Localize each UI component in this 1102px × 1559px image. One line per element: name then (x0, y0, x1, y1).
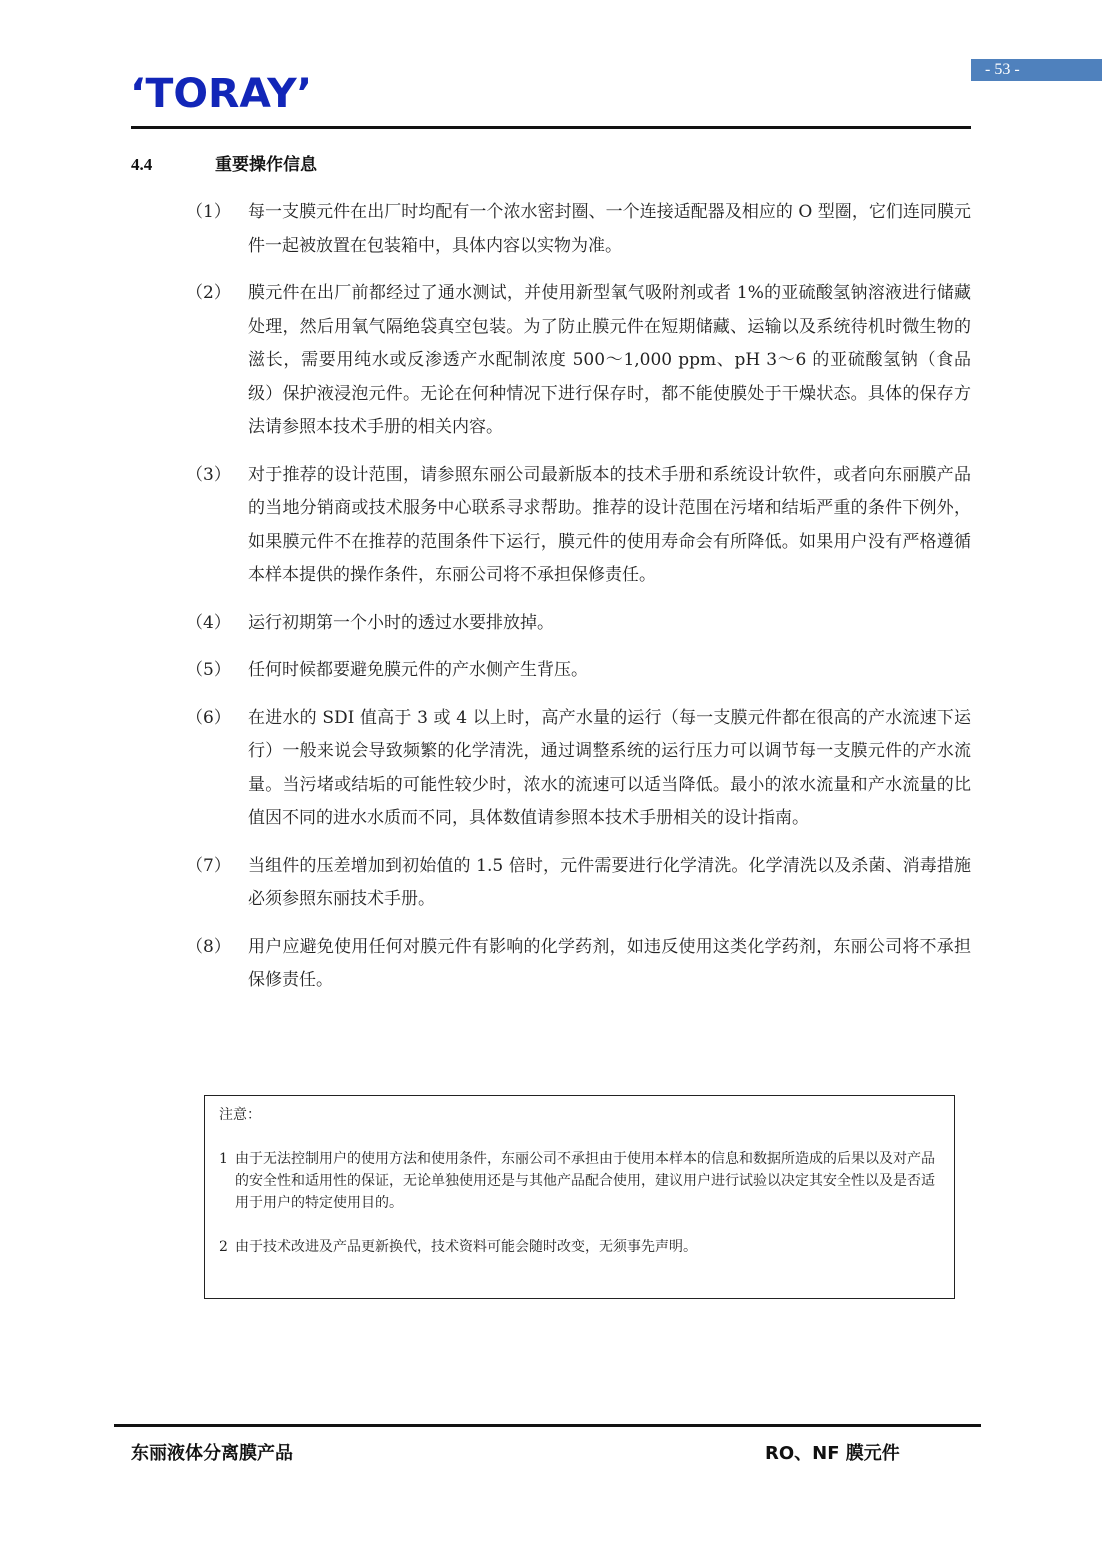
operation-info-list: （1） 每一支膜元件在出厂时均配有一个浓水密封圈、一个连接适配器及相应的 O 型… (186, 196, 971, 1012)
item-index: （6） (186, 702, 248, 836)
page-number-badge: - 53 - (971, 59, 1102, 81)
item-index: （8） (186, 931, 248, 998)
item-text: 当组件的压差增加到初始值的 1.5 倍时，元件需要进行化学清洗。化学清洗以及杀菌… (248, 850, 971, 917)
item-text: 用户应避免使用任何对膜元件有影响的化学药剂，如违反使用这类化学药剂，东丽公司将不… (248, 931, 971, 998)
notice-item-number: 1 (219, 1148, 235, 1214)
item-text: 运行初期第一个小时的透过水要排放掉。 (248, 607, 971, 641)
list-item: （3） 对于推荐的设计范围，请参照东丽公司最新版本的技术手册和系统设计软件，或者… (186, 459, 971, 593)
list-item: （1） 每一支膜元件在出厂时均配有一个浓水密封圈、一个连接适配器及相应的 O 型… (186, 196, 971, 263)
section-heading: 4.4重要操作信息 (131, 152, 317, 178)
item-index: （4） (186, 607, 248, 641)
item-index: （7） (186, 850, 248, 917)
list-item: （4） 运行初期第一个小时的透过水要排放掉。 (186, 607, 971, 641)
footer-product-line: 东丽液体分离膜产品 (131, 1439, 293, 1465)
item-index: （1） (186, 196, 248, 263)
toray-logo: ‘TORAY’ (130, 72, 312, 116)
notice-box: 注意： 1 由于无法控制用户的使用方法和使用条件，东丽公司不承担由于使用本样本的… (204, 1095, 955, 1299)
list-item: （8） 用户应避免使用任何对膜元件有影响的化学药剂，如违反使用这类化学药剂，东丽… (186, 931, 971, 998)
notice-item-text: 由于技术改进及产品更新换代，技术资料可能会随时改变，无须事先声明。 (235, 1236, 697, 1258)
item-text: 对于推荐的设计范围，请参照东丽公司最新版本的技术手册和系统设计软件，或者向东丽膜… (248, 459, 971, 593)
list-item: （5） 任何时候都要避免膜元件的产水侧产生背压。 (186, 654, 971, 688)
item-text: 任何时候都要避免膜元件的产水侧产生背压。 (248, 654, 971, 688)
notice-item-number: 2 (219, 1236, 235, 1258)
header-divider (131, 126, 971, 129)
item-index: （3） (186, 459, 248, 593)
notice-title: 注意： (219, 1104, 940, 1126)
item-text: 在进水的 SDI 值高于 3 或 4 以上时，高产水量的运行（每一支膜元件都在很… (248, 702, 971, 836)
section-number: 4.4 (131, 152, 215, 178)
section-title: 重要操作信息 (215, 155, 317, 175)
item-text: 每一支膜元件在出厂时均配有一个浓水密封圈、一个连接适配器及相应的 O 型圈，它们… (248, 196, 971, 263)
item-index: （2） (186, 277, 248, 445)
footer-product-type: RO、NF 膜元件 (765, 1439, 900, 1465)
notice-item-text: 由于无法控制用户的使用方法和使用条件，东丽公司不承担由于使用本样本的信息和数据所… (235, 1148, 940, 1214)
notice-item: 2 由于技术改进及产品更新换代，技术资料可能会随时改变，无须事先声明。 (219, 1236, 940, 1258)
list-item: （7） 当组件的压差增加到初始值的 1.5 倍时，元件需要进行化学清洗。化学清洗… (186, 850, 971, 917)
footer-divider (114, 1424, 981, 1427)
notice-item: 1 由于无法控制用户的使用方法和使用条件，东丽公司不承担由于使用本样本的信息和数… (219, 1148, 940, 1214)
list-item: （2） 膜元件在出厂前都经过了通水测试，并使用新型氧气吸附剂或者 1%的亚硫酸氢… (186, 277, 971, 445)
list-item: （6） 在进水的 SDI 值高于 3 或 4 以上时，高产水量的运行（每一支膜元… (186, 702, 971, 836)
item-index: （5） (186, 654, 248, 688)
item-text: 膜元件在出厂前都经过了通水测试，并使用新型氧气吸附剂或者 1%的亚硫酸氢钠溶液进… (248, 277, 971, 445)
